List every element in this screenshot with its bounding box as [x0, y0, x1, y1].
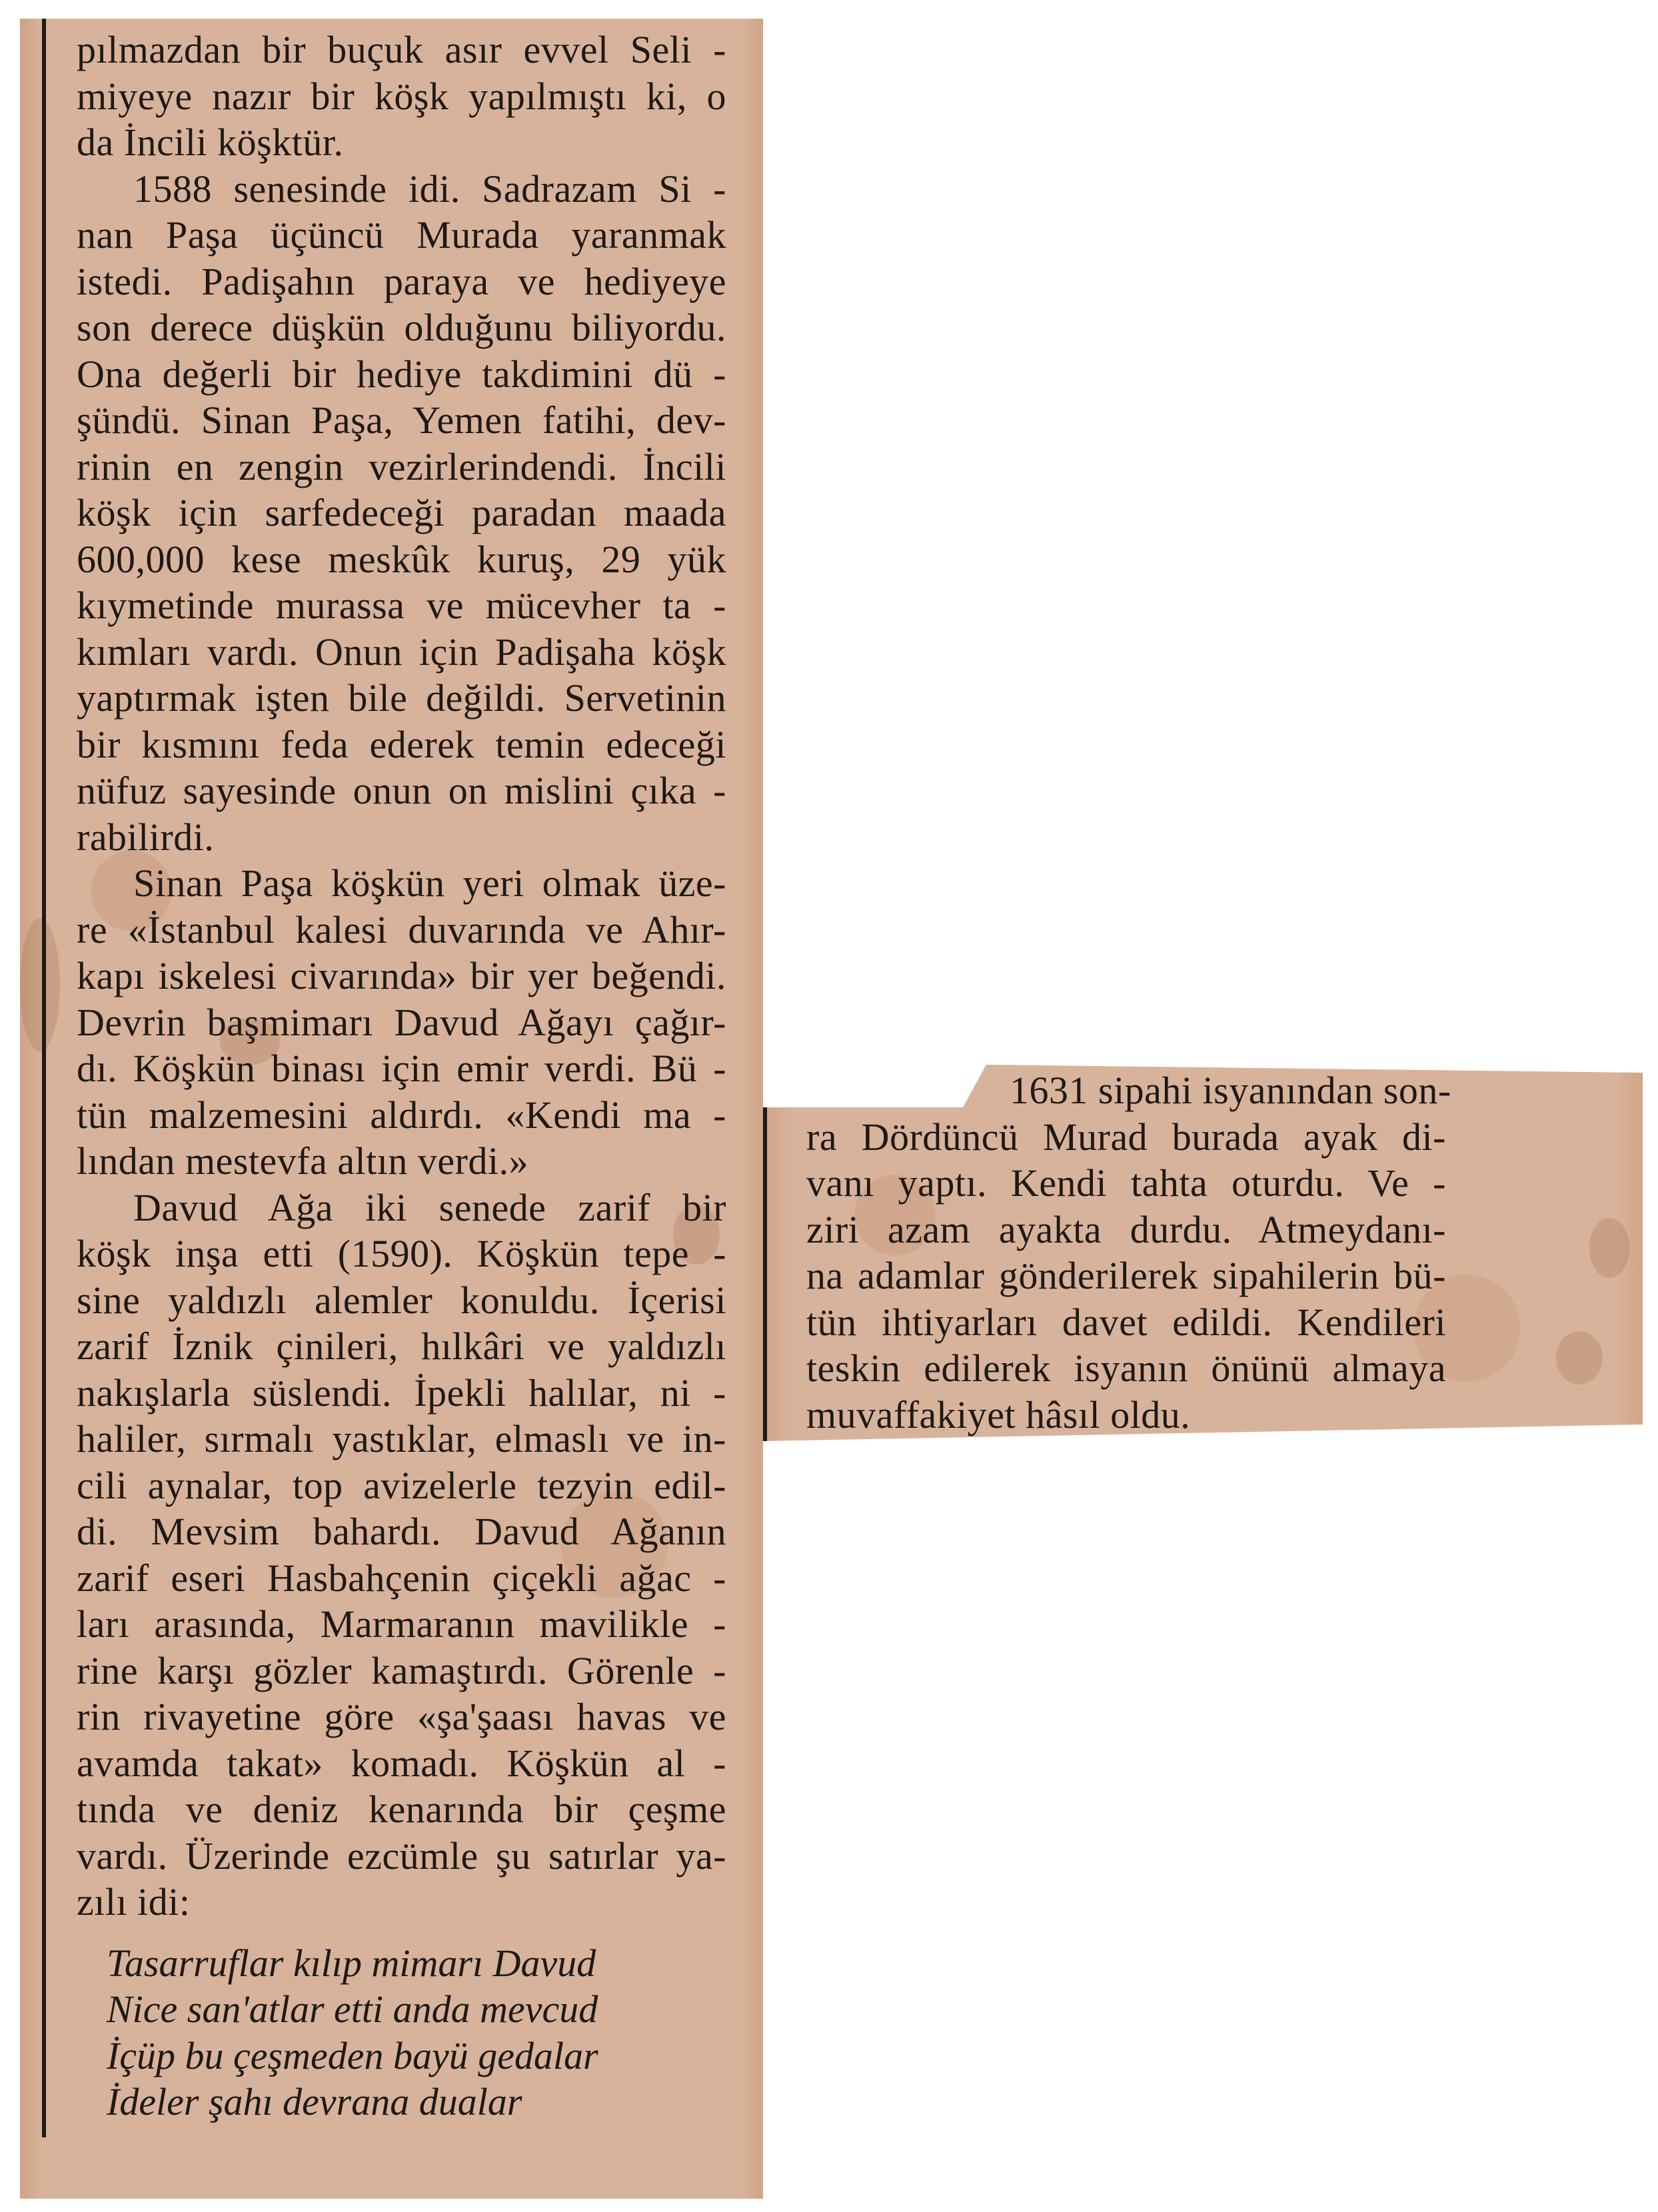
text-line: zarif eseri Hasbahçenin çiçekli ağac -	[77, 1555, 726, 1602]
text-line: 600,000 kese meskûk kuruş, 29 yük	[77, 536, 726, 583]
text-line: kımları vardı. Onun için Padişaha köşk	[77, 629, 726, 676]
text-line: lından mestevfa altın verdi.»	[77, 1138, 726, 1185]
text-line: tında ve deniz kenarında bir çeşme	[77, 1786, 726, 1833]
text-line: haliler, sırmalı yastıklar, elmaslı ve i…	[77, 1416, 726, 1462]
text-line: pılmazdan bir buçuk asır evvel Seli -	[77, 27, 726, 73]
text-line: da İncili köşktür.	[77, 119, 726, 166]
text-line: rabilirdi.	[77, 814, 726, 861]
text-line: zılı idi:	[77, 1879, 726, 1926]
column-rule	[42, 19, 46, 2137]
paper-stain	[20, 918, 60, 1051]
paragraph-2: 1588 senesinde idi. Sadrazam Si - nan Pa…	[77, 166, 726, 861]
verse-line: İçüp bu çeşmeden bayü gedalar	[77, 2033, 726, 2079]
text-line: ları arasında, Marmaranın mavilikle -	[77, 1601, 726, 1648]
text-line: köşk inşa etti (1590). Köşkün tepe -	[77, 1231, 726, 1277]
text-line: zarif İznik çinileri, hılkâri ve yaldızl…	[77, 1323, 726, 1370]
text-line: teskin edilerek isyanın önünü almaya	[806, 1345, 1446, 1392]
text-line: kıymetinde murassa ve mücevher ta -	[77, 582, 726, 629]
text-line: 1588 senesinde idi. Sadrazam Si -	[77, 166, 726, 213]
text-line: tün ihtiyarları davet edildi. Kendileri	[806, 1299, 1446, 1346]
text-line: nan Paşa üçüncü Murada yaranmak	[77, 212, 726, 259]
text-line: miyeye nazır bir köşk yapılmıştı ki, o	[77, 73, 726, 120]
text-line: ziri azam ayakta durdu. Atmeydanı-	[806, 1207, 1446, 1253]
text-line: rine karşı gözler kamaştırdı. Görenle -	[77, 1648, 726, 1694]
text-line: istedi. Padişahın paraya ve hediyeye	[77, 259, 726, 305]
text-line: Devrin başmimarı Davud Ağayı çağır-	[77, 999, 726, 1046]
text-line: avamda takat» komadı. Köşkün al -	[77, 1740, 726, 1787]
text-line: kapı iskelesi civarında» bir yer beğendi…	[77, 953, 726, 999]
text-line: rinin en zengin vezirlerindendi. İncili	[77, 444, 726, 490]
article-body-continued: 1631 sipahi isyanından son- ra Dördüncü …	[806, 1067, 1446, 1438]
verse-line: Nice san'atlar etti anda mevcud	[77, 1986, 726, 2033]
text-line: Sinan Paşa köşkün yeri olmak üze-	[77, 860, 726, 907]
text-line: cili aynalar, top avizelerle tezyin edil…	[77, 1462, 726, 1509]
text-line: Ona değerli bir hediye takdimini dü -	[77, 351, 726, 398]
paper-stain	[1589, 1218, 1629, 1278]
text-line: yaptırmak işten bile değildi. Servetinin	[77, 675, 726, 722]
verse-line: İdeler şahı devrana dualar	[77, 2079, 726, 2125]
text-line: dı. Köşkün binası için emir verdi. Bü -	[77, 1045, 726, 1092]
column-rule	[763, 1107, 767, 1441]
left-column-clipping: pılmazdan bir buçuk asır evvel Seli - mi…	[20, 19, 763, 2199]
text-line: nakışlarla süslendi. İpekli halılar, ni …	[77, 1370, 726, 1416]
text-line: köşk için sarfedeceği paradan maada	[77, 490, 726, 536]
fountain-inscription-verse: Tasarruflar kılıp mimarı Davud Nice san'…	[77, 1940, 726, 2125]
text-line: bir kısmını feda ederek temin edeceği	[77, 722, 726, 768]
text-line: şündü. Sinan Paşa, Yemen fatihi, dev-	[77, 397, 726, 444]
text-line: muvaffakiyet hâsıl oldu.	[806, 1392, 1446, 1438]
text-line: rin rivayetine göre «şa'şaası havas ve	[77, 1694, 726, 1740]
text-line: Davud Ağa iki senede zarif bir	[77, 1185, 726, 1231]
text-line: tün malzemesini aldırdı. «Kendi ma -	[77, 1092, 726, 1139]
text-line: nüfuz sayesinde onun on mislini çıka -	[77, 768, 726, 814]
article-body: pılmazdan bir buçuk asır evvel Seli - mi…	[77, 27, 726, 2125]
paragraph-4: Davud Ağa iki senede zarif bir köşk inşa…	[77, 1185, 726, 1926]
text-line: 1631 sipahi isyanından son-	[806, 1067, 1446, 1114]
paragraph-1: pılmazdan bir buçuk asır evvel Seli - mi…	[77, 27, 726, 166]
verse-line: Tasarruflar kılıp mimarı Davud	[77, 1940, 726, 1987]
text-line: sine yaldızlı alemler konuldu. İçerisi	[77, 1277, 726, 1324]
text-line: di. Mevsim bahardı. Davud Ağanın	[77, 1508, 726, 1555]
text-line: ra Dördüncü Murad burada ayak di-	[806, 1114, 1446, 1161]
text-line: na adamlar gönderilerek sipahilerin bü-	[806, 1253, 1446, 1299]
text-line: vanı yaptı. Kendi tahta oturdu. Ve -	[806, 1160, 1446, 1207]
text-line: re «İstanbul kalesi duvarında ve Ahır-	[77, 907, 726, 953]
text-line: son derece düşkün olduğunu biliyordu.	[77, 304, 726, 351]
right-column-clipping: 1631 sipahi isyanından son- ra Dördüncü …	[763, 1065, 1643, 1441]
paragraph-3: Sinan Paşa köşkün yeri olmak üze- re «İs…	[77, 860, 726, 1185]
paper-stain	[1556, 1331, 1603, 1384]
text-line: vardı. Üzerinde ezcümle şu satırlar ya-	[77, 1833, 726, 1880]
